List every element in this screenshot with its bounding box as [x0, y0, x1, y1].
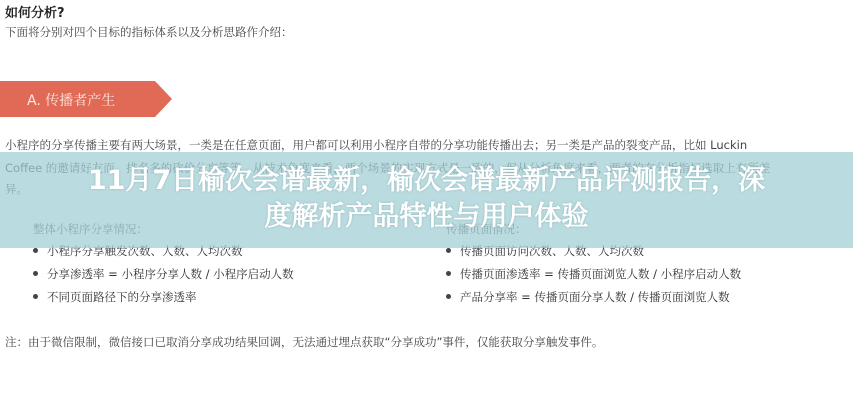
bullet-icon	[33, 248, 38, 253]
section-heading: 如何分析?	[5, 2, 65, 21]
list-item: 不同页面路径下的分享渗透率	[33, 289, 294, 312]
footnote: 注：由于微信限制，微信接口已取消分享成功结果回调，无法通过埋点获取“分享成功”事…	[5, 334, 603, 350]
section-label: A. 传播者产生	[27, 90, 115, 110]
list-item-text: 产品分享率 = 传播页面分享人数 / 传播页面浏览人数	[460, 290, 730, 304]
right-bullet-list: 传播页面访问次数、人数、人均次数 传播页面渗透率 = 传播页面浏览人数 / 小程…	[446, 243, 741, 312]
intro-text: 下面将分别对四个目标的指标体系以及分析思路作介绍：	[5, 24, 293, 40]
list-item: 传播页面渗透率 = 传播页面浏览人数 / 小程序启动人数	[446, 266, 741, 289]
bullet-icon	[446, 271, 451, 276]
overlay-title: 11月7日榆次会谱最新，榆次会谱最新产品评测报告，深 度解析产品特性与用户体验	[0, 163, 853, 235]
bullet-icon	[446, 248, 451, 253]
bullet-icon	[33, 271, 38, 276]
bullet-icon	[446, 294, 451, 299]
overlay-title-line-2: 度解析产品特性与用户体验	[0, 199, 853, 235]
list-item-text: 分享渗透率 = 小程序分享人数 / 小程序启动人数	[47, 267, 294, 281]
list-item: 分享渗透率 = 小程序分享人数 / 小程序启动人数	[33, 266, 294, 289]
overlay-title-line-1: 11月7日榆次会谱最新，榆次会谱最新产品评测报告，深	[0, 163, 853, 199]
paragraph-line-1: 小程序的分享传播主要有两大场景，一类是在任意页面，用户都可以利用小程序自带的分享…	[5, 137, 747, 153]
list-item-text: 不同页面路径下的分享渗透率	[47, 290, 197, 304]
list-item: 产品分享率 = 传播页面分享人数 / 传播页面浏览人数	[446, 289, 741, 312]
bullet-icon	[33, 294, 38, 299]
list-item-text: 传播页面渗透率 = 传播页面浏览人数 / 小程序启动人数	[460, 267, 741, 281]
left-bullet-list: 小程序分享触发次数、人数、人均次数 分享渗透率 = 小程序分享人数 / 小程序启…	[33, 243, 294, 312]
